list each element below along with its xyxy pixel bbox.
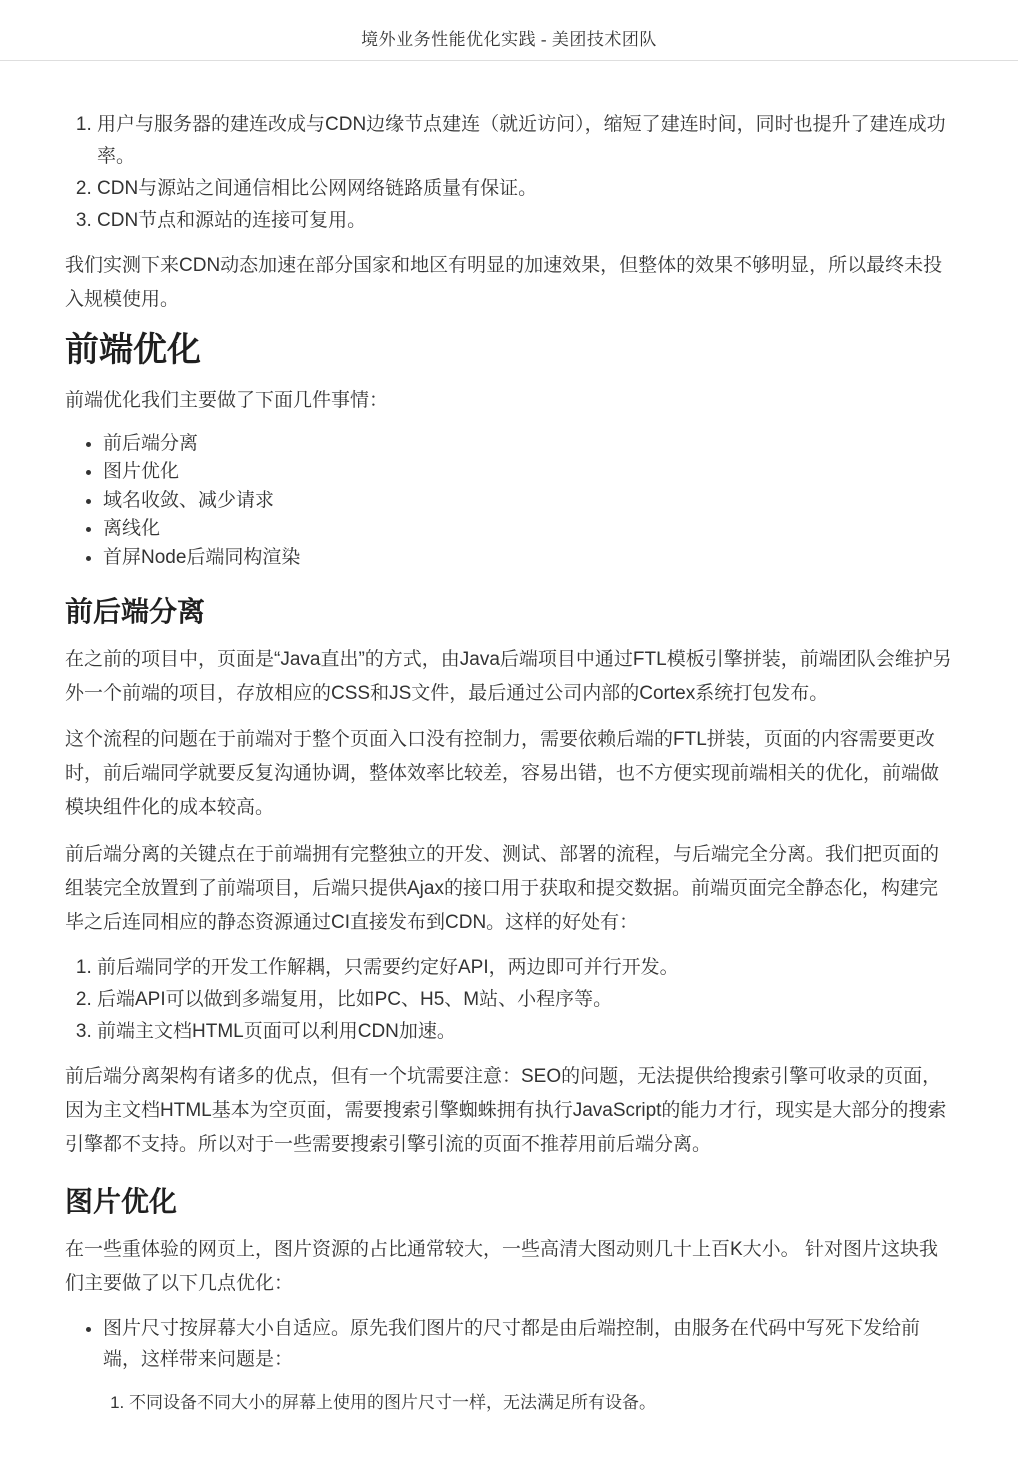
list-item: 前后端分离 xyxy=(103,430,953,459)
list-item: CDN节点和源站的连接可复用。 xyxy=(97,205,953,237)
heading-frontend-backend-separation: 前后端分离 xyxy=(65,594,953,630)
section-image-optimization: 图片优化 在一些重体验的网页上，图片资源的占比通常较大，一些高清大图动则几十上百… xyxy=(65,1184,953,1418)
list-item: 用户与服务器的建连改成与CDN边缘节点建连（就近访问），缩短了建连时间，同时也提… xyxy=(97,109,953,173)
section-frontend-backend-separation: 前后端分离 在之前的项目中，页面是“Java直出”的方式，由Java后端项目中通… xyxy=(65,594,953,1162)
separation-paragraph-3: 前后端分离的关键点在于前端拥有完整独立的开发、测试、部署的流程，与后端完全分离。… xyxy=(65,838,953,941)
heading-image-optimization: 图片优化 xyxy=(65,1184,953,1220)
list-item: 不同设备不同大小的屏幕上使用的图片尺寸一样，无法满足所有设备。 xyxy=(129,1389,953,1418)
list-item: 域名收敛、减少请求 xyxy=(103,487,953,516)
separation-benefits-list: 前后端同学的开发工作解耦，只需要约定好API，两边即可并行开发。 后端API可以… xyxy=(65,952,953,1048)
image-point-1-text: 图片尺寸按屏幕大小自适应。原先我们图片的尺寸都是由后端控制，由服务在代码中写死下… xyxy=(103,1318,920,1370)
frontend-intro-paragraph: 前端优化我们主要做了下面几件事情： xyxy=(65,384,953,418)
article-content: 用户与服务器的建连改成与CDN边缘节点建连（就近访问），缩短了建连时间，同时也提… xyxy=(0,109,1018,1478)
list-item: CDN与源站之间通信相比公网网络链路质量有保证。 xyxy=(97,173,953,205)
list-item: 首屏Node后端同构渲染 xyxy=(103,544,953,573)
list-item: 图片尺寸按屏幕大小自适应。原先我们图片的尺寸都是由后端控制，由服务在代码中写死下… xyxy=(103,1313,953,1418)
cdn-benefits-list: 用户与服务器的建连改成与CDN边缘节点建连（就近访问），缩短了建连时间，同时也提… xyxy=(65,109,953,237)
separation-paragraph-2: 这个流程的问题在于前端对于整个页面入口没有控制力，需要依赖后端的FTL拼装，页面… xyxy=(65,723,953,826)
separation-paragraph-4: 前后端分离架构有诸多的优点，但有一个坑需要注意：SEO的问题，无法提供给搜索引擎… xyxy=(65,1060,953,1163)
image-point-1-issues-list: 不同设备不同大小的屏幕上使用的图片尺寸一样，无法满足所有设备。 xyxy=(103,1389,953,1418)
list-item: 前端主文档HTML页面可以利用CDN加速。 xyxy=(97,1016,953,1048)
list-item: 图片优化 xyxy=(103,458,953,487)
heading-frontend-optimization: 前端优化 xyxy=(65,329,953,372)
list-item: 前后端同学的开发工作解耦，只需要约定好API，两边即可并行开发。 xyxy=(97,952,953,984)
list-item: 离线化 xyxy=(103,515,953,544)
document-title: 境外业务性能优化实践 - 美团技术团队 xyxy=(361,30,657,49)
cdn-conclusion-paragraph: 我们实测下来CDN动态加速在部分国家和地区有明显的加速效果，但整体的效果不够明显… xyxy=(65,249,953,317)
list-item: 后端API可以做到多端复用，比如PC、H5、M站、小程序等。 xyxy=(97,984,953,1016)
image-points-list: 图片尺寸按屏幕大小自适应。原先我们图片的尺寸都是由后端控制，由服务在代码中写死下… xyxy=(65,1313,953,1418)
section-frontend-optimization: 前端优化 前端优化我们主要做了下面几件事情： 前后端分离 图片优化 域名收敛、减… xyxy=(65,329,953,572)
frontend-topics-list: 前后端分离 图片优化 域名收敛、减少请求 离线化 首屏Node后端同构渲染 xyxy=(65,430,953,573)
print-header: 境外业务性能优化实践 - 美团技术团队 xyxy=(0,0,1018,61)
article-page: 境外业务性能优化实践 - 美团技术团队 用户与服务器的建连改成与CDN边缘节点建… xyxy=(0,0,1018,1478)
separation-paragraph-1: 在之前的项目中，页面是“Java直出”的方式，由Java后端项目中通过FTL模板… xyxy=(65,643,953,711)
image-intro-paragraph: 在一些重体验的网页上，图片资源的占比通常较大，一些高清大图动则几十上百K大小。 … xyxy=(65,1233,953,1301)
